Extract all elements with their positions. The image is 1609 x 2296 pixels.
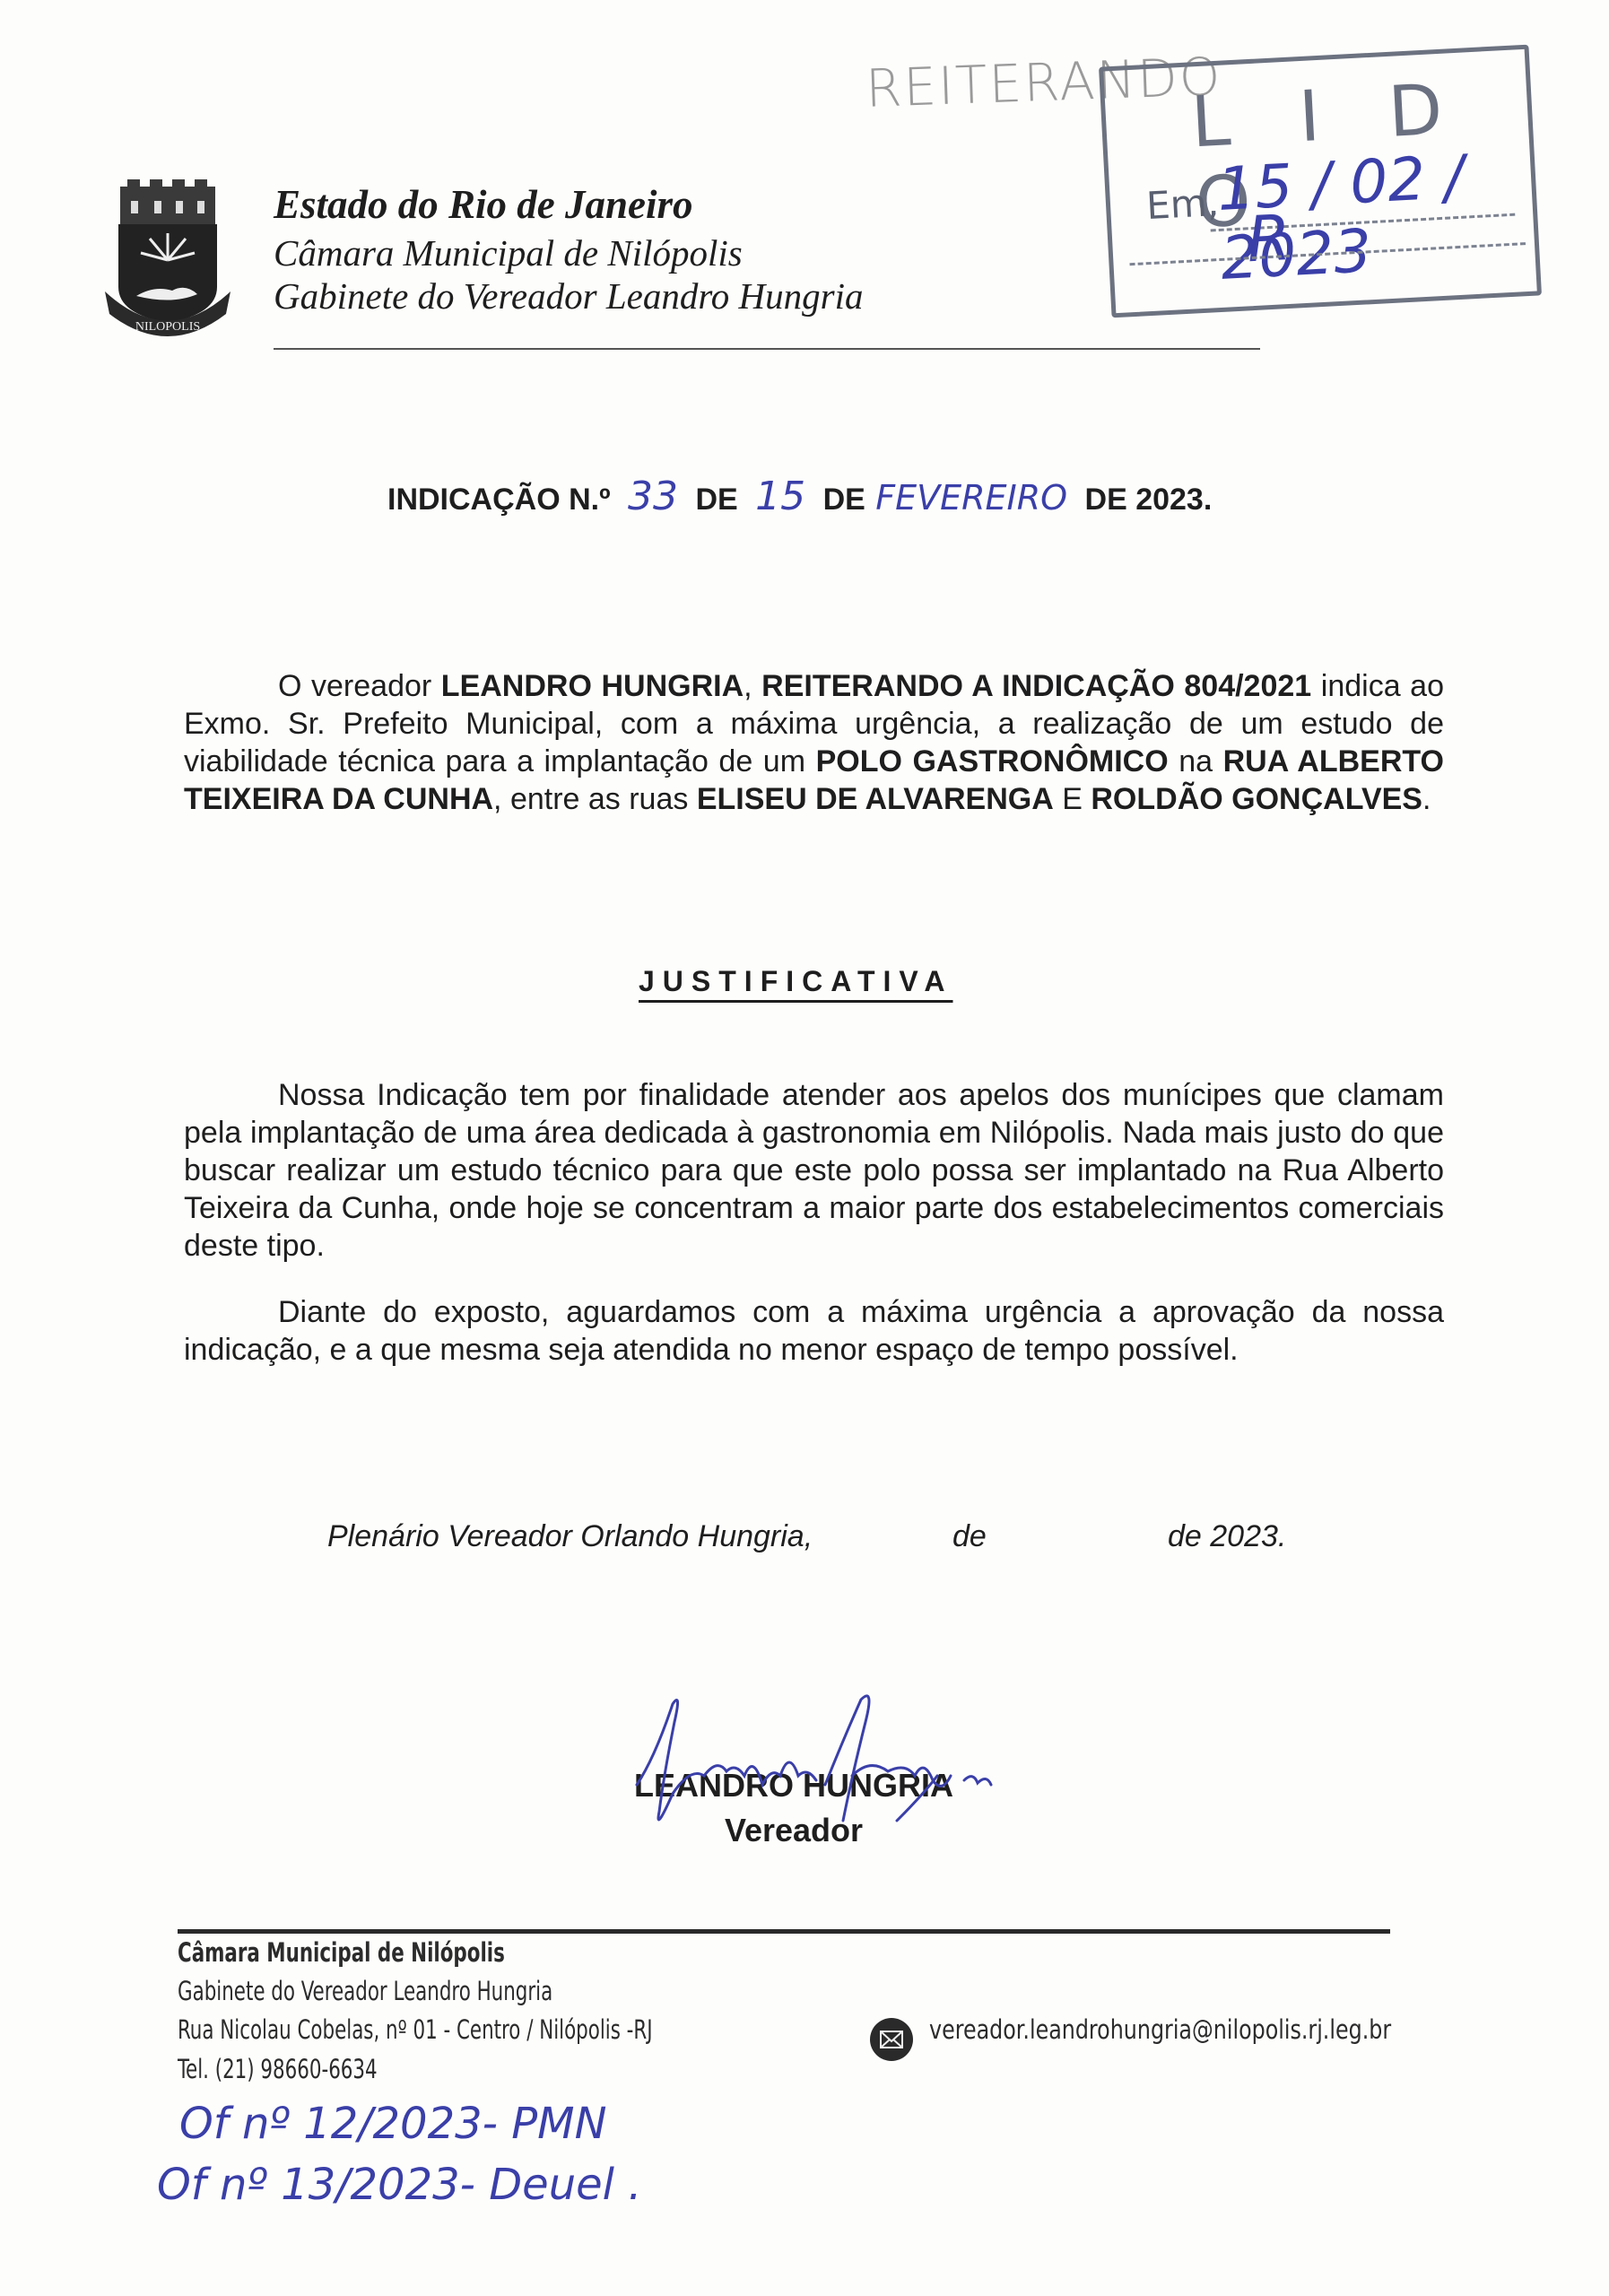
indication-day-handwritten: 15	[755, 474, 805, 519]
header-divider	[274, 348, 1260, 350]
conclusion-paragraph: Diante do exposto, aguardamos com a máxi…	[184, 1293, 1444, 1369]
header-title: Estado do Rio de Janeiro	[274, 181, 693, 228]
text: ,	[744, 669, 761, 703]
text: Diante do exposto, aguardamos com a máxi…	[184, 1295, 1444, 1367]
text: , entre as ruas	[493, 782, 697, 816]
closing-de: de	[952, 1519, 987, 1554]
title-de: DE	[695, 483, 737, 517]
reiteration-reference: REITERANDO A INDICAÇÃO 804/2021	[761, 669, 1311, 703]
closing-place: Plenário Vereador Orlando Hungria,	[327, 1519, 813, 1554]
stamp-em-label: Em,	[1145, 180, 1220, 228]
title-suffix: DE 2023.	[1085, 483, 1213, 517]
councilor-name: LEANDRO HUNGRIA	[441, 669, 744, 703]
text: O vereador	[278, 669, 441, 703]
text: na	[1169, 744, 1223, 778]
footer-office: Gabinete do Vereador Leandro Hungria	[178, 1976, 552, 2006]
justification-paragraph: Nossa Indicação tem por finalidade atend…	[184, 1076, 1444, 1265]
text: E	[1054, 782, 1092, 816]
lido-stamp: L I D O Em, 15 / 02 / 2023 R	[1099, 45, 1542, 318]
indication-number-handwritten: 33	[628, 474, 678, 519]
footer-phone: Tel. (21) 98660-6634	[178, 2054, 378, 2084]
svg-text:NILOPOLIS: NILOPOLIS	[135, 320, 200, 334]
justification-heading: JUSTIFICATIVA	[639, 965, 952, 998]
email-envelope-icon	[870, 2018, 913, 2061]
handwritten-signature	[619, 1686, 1031, 1839]
footer-address: Rua Nicolau Cobelas, nº 01 - Centro / Ni…	[178, 2014, 653, 2045]
header-subtitle-chamber: Câmara Municipal de Nilópolis	[274, 231, 743, 274]
indication-title: INDICAÇÃO N.º 33 DE 15 DE FEVEREIRO DE 2…	[387, 474, 1212, 519]
stamp-handwritten-initial: R	[1245, 201, 1292, 276]
indication-body-paragraph: O vereador LEANDRO HUNGRIA, REITERANDO A…	[184, 667, 1444, 818]
cross-street-1: ELISEU DE ALVARENGA	[697, 782, 1054, 816]
handwritten-office-note: Of nº 12/2023- PMN	[179, 2099, 606, 2149]
municipal-crest-logo: NILOPOLIS	[100, 179, 235, 341]
closing-year: de 2023.	[1168, 1519, 1286, 1554]
text: .	[1422, 782, 1431, 816]
indication-month-handwritten: FEVEREIRO	[875, 478, 1067, 517]
footer-organization: Câmara Municipal de Nilópolis	[178, 1937, 505, 1968]
footer-email-link[interactable]: vereador.leandrohungria@nilopolis.rj.leg…	[929, 2014, 1391, 2045]
footer-divider	[178, 1929, 1390, 1934]
project-name: POLO GASTRONÔMICO	[816, 744, 1169, 778]
title-de: DE	[823, 483, 865, 517]
text: Nossa Indicação tem por finalidade atend…	[184, 1078, 1444, 1263]
handwritten-office-note: Of nº 13/2023- Deuel .	[157, 2160, 642, 2210]
cross-street-2: ROLDÃO GONÇALVES	[1091, 782, 1422, 816]
header-subtitle-office: Gabinete do Vereador Leandro Hungria	[274, 274, 863, 317]
title-prefix: INDICAÇÃO N.º	[387, 483, 611, 517]
